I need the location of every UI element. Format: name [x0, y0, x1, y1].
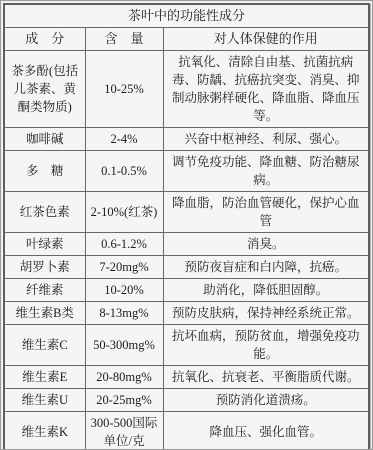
- component-cell: 维生素C: [4, 325, 85, 366]
- table-row: 维生素B类8-13mg%预防皮肤病，保持神经系统正常。: [4, 302, 369, 325]
- header-row: 成 分 含 量 对人体保健的作用: [4, 28, 369, 51]
- effect-cell: 预防皮肤病，保持神经系统正常。: [163, 302, 369, 325]
- table-row: 维生素C50-300mg%抗坏血病，预防贫血，增强免疫功能。: [4, 325, 369, 366]
- table-row: 维生素U20-25mg%预防消化道溃疡。: [4, 389, 369, 412]
- table-row: 咖啡碱2-4%兴奋中枢神经、利尿、强心。: [4, 128, 369, 151]
- table-title: 茶叶中的功能性成分: [4, 4, 369, 28]
- table-row: 维生素E20-80mg%抗氧化、抗衰老、平衡脂质代谢。: [4, 366, 369, 389]
- effect-cell: 兴奋中枢神经、利尿、强心。: [163, 128, 369, 151]
- effect-cell: 预防夜盲症和白内障，抗癌。: [163, 256, 369, 279]
- table-body: 茶多酚(包括儿茶素、黄酮类物质)10-25%抗氧化、清除自由基、抗菌抗病毒、防龋…: [4, 51, 369, 450]
- effect-cell: 调节免疫功能、降血糖、防治糖尿病。: [163, 151, 369, 192]
- component-cell: 维生素E: [4, 366, 85, 389]
- component-cell: 维生素B类: [4, 302, 85, 325]
- table-row: 叶绿素0.6-1.2%消臭。: [4, 233, 369, 256]
- table-head: 茶叶中的功能性成分 成 分 含 量 对人体保健的作用: [4, 4, 369, 51]
- amount-cell: 0.1-0.5%: [85, 151, 163, 192]
- amount-cell: 2-4%: [85, 128, 163, 151]
- header-amount: 含 量: [85, 28, 163, 51]
- component-cell: 多 糖: [4, 151, 85, 192]
- page: 茶叶中的功能性成分 成 分 含 量 对人体保健的作用 茶多酚(包括儿茶素、黄酮类…: [0, 0, 373, 450]
- table-row: 维生素K300-500国际单位/克降血压、强化血管。: [4, 412, 369, 450]
- component-cell: 叶绿素: [4, 233, 85, 256]
- effect-cell: 预防消化道溃疡。: [163, 389, 369, 412]
- amount-cell: 50-300mg%: [85, 325, 163, 366]
- table-row: 胡罗卜素7-20mg%预防夜盲症和白内障，抗癌。: [4, 256, 369, 279]
- amount-cell: 20-80mg%: [85, 366, 163, 389]
- amount-cell: 10-20%: [85, 279, 163, 302]
- amount-cell: 20-25mg%: [85, 389, 163, 412]
- component-cell: 维生素U: [4, 389, 85, 412]
- component-cell: 咖啡碱: [4, 128, 85, 151]
- amount-cell: 300-500国际单位/克: [85, 412, 163, 450]
- effect-cell: 抗氧化、清除自由基、抗菌抗病毒、防龋、抗癌抗突变、消臭、抑制动脉粥样硬化、降血脂…: [163, 51, 369, 128]
- table-row: 多 糖0.1-0.5%调节免疫功能、降血糖、防治糖尿病。: [4, 151, 369, 192]
- component-cell: 红茶色素: [4, 192, 85, 233]
- table-row: 纤维素10-20%助消化，降低胆固醇。: [4, 279, 369, 302]
- component-cell: 纤维素: [4, 279, 85, 302]
- amount-cell: 10-25%: [85, 51, 163, 128]
- effect-cell: 降血脂，防治血管硬化，保护心血管: [163, 192, 369, 233]
- header-component: 成 分: [4, 28, 85, 51]
- amount-cell: 7-20mg%: [85, 256, 163, 279]
- effect-cell: 消臭。: [163, 233, 369, 256]
- component-cell: 茶多酚(包括儿茶素、黄酮类物质): [4, 51, 85, 128]
- component-cell: 胡罗卜素: [4, 256, 85, 279]
- effect-cell: 抗坏血病，预防贫血，增强免疫功能。: [163, 325, 369, 366]
- header-effect: 对人体保健的作用: [163, 28, 369, 51]
- amount-cell: 0.6-1.2%: [85, 233, 163, 256]
- table-row: 茶多酚(包括儿茶素、黄酮类物质)10-25%抗氧化、清除自由基、抗菌抗病毒、防龋…: [4, 51, 369, 128]
- effect-cell: 降血压、强化血管。: [163, 412, 369, 450]
- table-row: 红茶色素2-10%(红茶)降血脂，防治血管硬化，保护心血管: [4, 192, 369, 233]
- effect-cell: 抗氧化、抗衰老、平衡脂质代谢。: [163, 366, 369, 389]
- component-cell: 维生素K: [4, 412, 85, 450]
- title-row: 茶叶中的功能性成分: [4, 4, 369, 28]
- effect-cell: 助消化，降低胆固醇。: [163, 279, 369, 302]
- amount-cell: 2-10%(红茶): [85, 192, 163, 233]
- tea-components-table: 茶叶中的功能性成分 成 分 含 量 对人体保健的作用 茶多酚(包括儿茶素、黄酮类…: [3, 3, 370, 450]
- amount-cell: 8-13mg%: [85, 302, 163, 325]
